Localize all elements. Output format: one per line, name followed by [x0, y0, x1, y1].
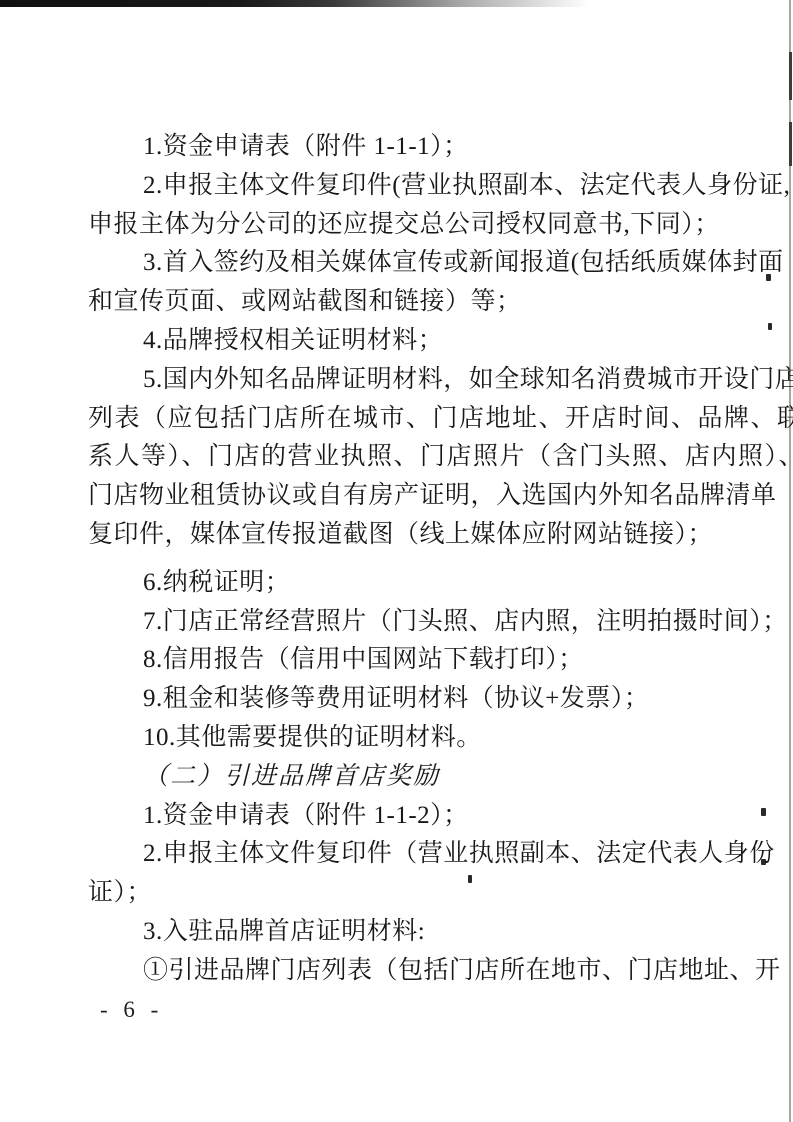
text-line-content: 10.其他需要提供的证明材料。 — [143, 724, 482, 751]
text-line: 4.品牌授权相关证明材料； — [88, 322, 714, 361]
text-line: 8.信用报告（信用中国网站下载打印）； — [88, 641, 714, 680]
text-line: 5.国内外知名品牌证明材料，如全球知名消费城市开设门店 — [88, 361, 714, 400]
text-line-content: 7.门店正常经营照片（门头照、店内照，注明拍摄时间）； — [143, 608, 788, 635]
text-line-content: 8.信用报告（信用中国网站下载打印）； — [143, 646, 584, 673]
text-line-content: 门店物业租赁协议或自有房产证明，入选国内外知名品牌清单 — [88, 482, 777, 509]
text-line-content: 2.申报主体文件复印件(营业执照副本、法定代表人身份证, — [143, 172, 790, 199]
document-page: 1.资金申请表（附件 1-1-1）； 2.申报主体文件复印件(营业执照副本、法定… — [0, 0, 793, 1122]
text-line: 1.资金申请表（附件 1-1-1）； — [88, 128, 714, 167]
text-line: 3.首入签约及相关媒体宣传或新闻报道(包括纸质媒体封面 — [88, 244, 714, 283]
text-line-content: 3.入驻品牌首店证明材料: — [143, 918, 425, 945]
text-line-content: 1.资金申请表（附件 1-1-1）； — [143, 133, 469, 160]
text-line-content: 5.国内外知名品牌证明材料，如全球知名消费城市开设门店 — [143, 366, 793, 393]
text-line-content: 6.纳税证明； — [143, 569, 290, 596]
text-line: 9.租金和装修等费用证明材料（协议+发票）； — [88, 680, 714, 719]
text-line-content: 复印件，媒体宣传报道截图（线上媒体应附网站链接）； — [88, 521, 713, 548]
text-line: 列表（应包括门店所在城市、门店地址、开店时间、品牌、联 — [88, 400, 714, 439]
text-line-content: 9.租金和装修等费用证明材料（协议+发票）； — [143, 685, 649, 712]
text-line: 门店物业租赁协议或自有房产证明，入选国内外知名品牌清单 — [88, 477, 714, 516]
scan-artifact-edge-mark — [789, 52, 792, 100]
text-line: 证）； — [88, 874, 714, 913]
text-line-content: 证）； — [88, 879, 152, 906]
text-line: ①引进品牌门店列表（包括门店所在地市、门店地址、开 — [88, 952, 714, 991]
text-line-content: 系人等）、门店的营业执照、门店照片（含门头照、店内照）、 — [88, 443, 793, 470]
scan-speck — [768, 323, 772, 330]
text-line: 申报主体为分公司的还应提交总公司授权同意书,下同）； — [88, 206, 714, 245]
page-number: - 6 - — [100, 997, 163, 1023]
scan-speck — [761, 808, 766, 816]
text-line-content: ①引进品牌门店列表（包括门店所在地市、门店地址、开 — [143, 957, 781, 984]
scan-artifact-right-edge — [789, 0, 791, 1122]
text-line: 6.纳税证明； — [88, 564, 714, 603]
scan-artifact-edge-mark — [789, 122, 792, 166]
text-line: 2.申报主体文件复印件（营业执照副本、法定代表人身份 — [88, 835, 714, 874]
scan-artifact-top-edge — [0, 0, 640, 7]
text-line-content: （二）引进品牌首店奖励 — [143, 763, 440, 790]
text-line: 1.资金申请表（附件 1-1-2）； — [88, 797, 714, 836]
text-line: （二）引进品牌首店奖励 — [88, 758, 714, 797]
text-line-content: 2.申报主体文件复印件（营业执照副本、法定代表人身份 — [143, 840, 775, 867]
text-line: 复印件，媒体宣传报道截图（线上媒体应附网站链接）； — [88, 516, 714, 555]
text-line-content: 1.资金申请表（附件 1-1-2）； — [143, 802, 469, 829]
text-line: 和宣传页面、或网站截图和链接）等； — [88, 283, 714, 322]
text-line: 3.入驻品牌首店证明材料: — [88, 913, 714, 952]
text-line-content: 4.品牌授权相关证明材料； — [143, 327, 443, 354]
text-line-content: 申报主体为分公司的还应提交总公司授权同意书,下同）； — [88, 211, 720, 238]
text-line: 7.门店正常经营照片（门头照、店内照，注明拍摄时间）； — [88, 603, 714, 642]
text-line: 10.其他需要提供的证明材料。 — [88, 719, 714, 758]
document-body: 1.资金申请表（附件 1-1-1）； 2.申报主体文件复印件(营业执照副本、法定… — [88, 128, 714, 991]
text-line: 2.申报主体文件复印件(营业执照副本、法定代表人身份证, — [88, 167, 714, 206]
text-line-content: 3.首入签约及相关媒体宣传或新闻报道(包括纸质媒体封面 — [143, 249, 784, 276]
text-line-content: 列表（应包括门店所在城市、门店地址、开店时间、品牌、联 — [88, 405, 793, 432]
text-line: 系人等）、门店的营业执照、门店照片（含门头照、店内照）、 — [88, 438, 714, 477]
text-line-content: 和宣传页面、或网站截图和链接）等； — [88, 288, 522, 315]
